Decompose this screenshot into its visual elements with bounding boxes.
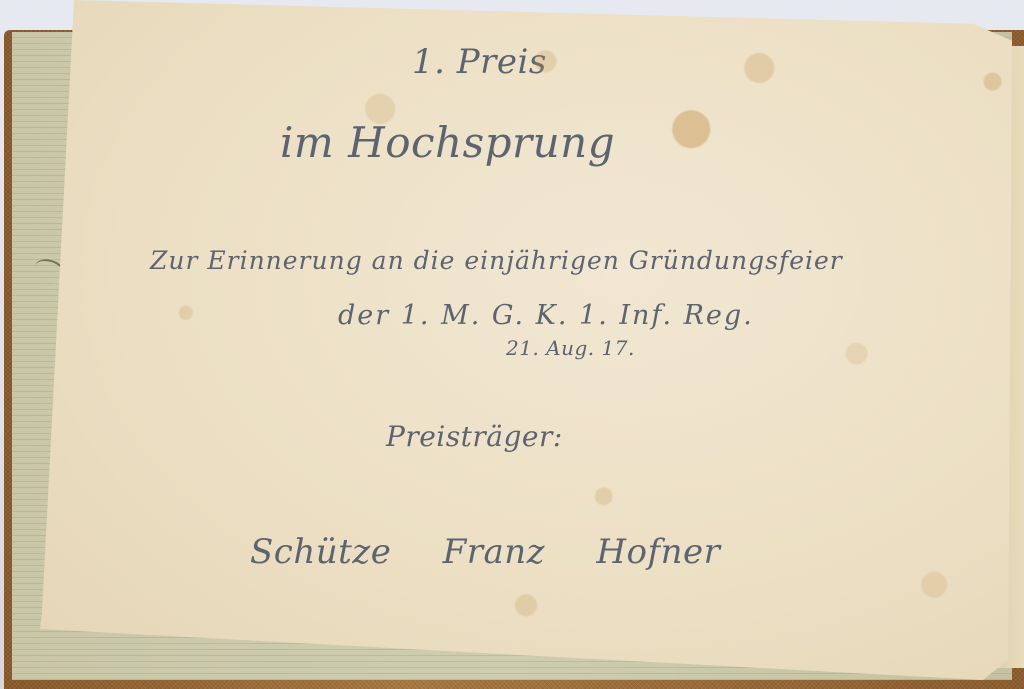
unit-line: der 1. M. G. K. 1. Inf. Reg.	[338, 300, 754, 331]
winner-label: Preisträger:	[386, 420, 563, 453]
winner-name: Schütze Franz Hofner	[250, 532, 720, 572]
certificate-title: 1. Preis	[412, 42, 547, 82]
certificate-page: 1. Preis im Hochsprung Zur Erinnerung an…	[40, 0, 1012, 680]
occasion-line: Zur Erinnerung an die einjährigen Gründu…	[150, 246, 843, 275]
date-line: 21. Aug. 17.	[506, 336, 635, 360]
event-name: im Hochsprung	[280, 118, 615, 167]
